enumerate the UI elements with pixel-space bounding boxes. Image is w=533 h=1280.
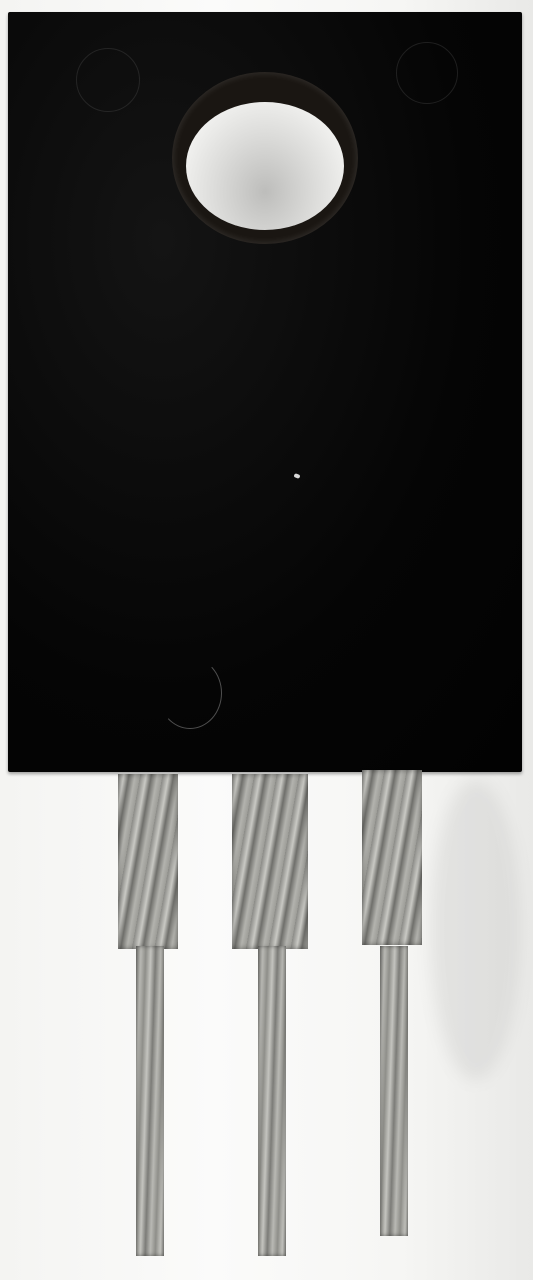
surface-speck <box>293 473 300 479</box>
lead-left-shoulder <box>118 774 178 949</box>
lead-center-shoulder <box>232 774 308 949</box>
ejector-mark-bottom <box>158 657 222 729</box>
ejector-mark-top-left <box>76 48 140 112</box>
ejector-mark-top-right <box>396 42 458 104</box>
lead-right-pin <box>380 946 408 1236</box>
mounting-hole <box>186 102 344 230</box>
lead-right-shoulder <box>362 770 422 945</box>
lead-left-pin <box>136 946 164 1256</box>
lead-center-pin <box>258 946 286 1256</box>
photo-scene <box>0 0 533 1280</box>
lead-shadow <box>430 780 520 1080</box>
